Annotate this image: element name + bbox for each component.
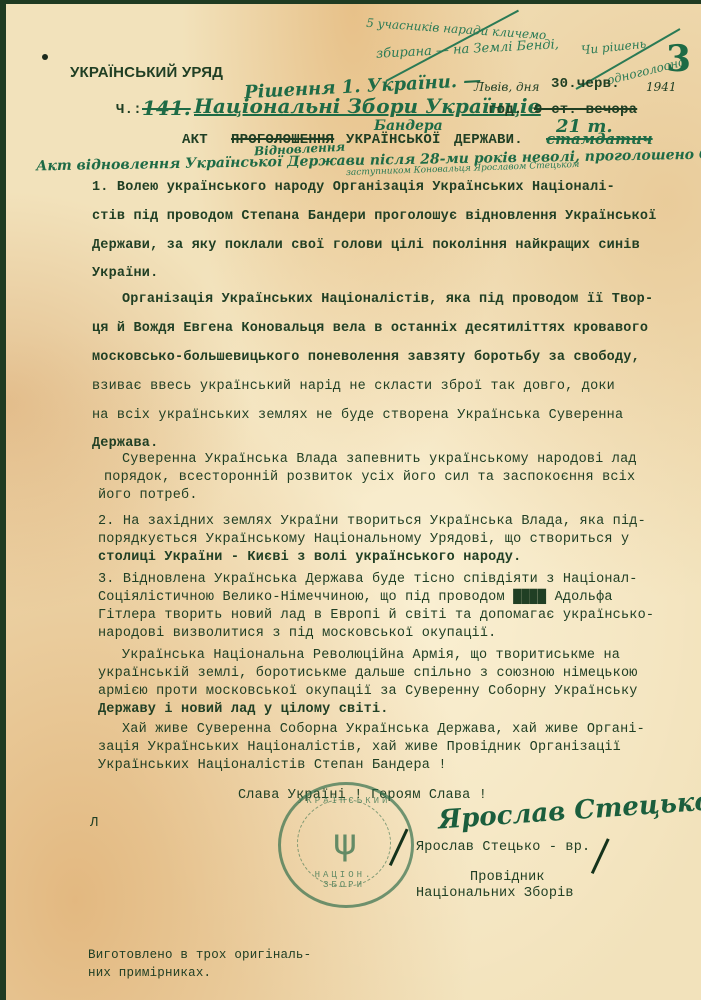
paragraph-1-line: України. [92, 266, 158, 281]
document-date: 30.черв. [551, 76, 620, 92]
seal-text-top: УКРАЇНСЬКИЙ [298, 796, 390, 806]
title-ukrainian: УКРАЇНСЬКОЇ [346, 132, 441, 148]
paragraph-5-line: Соціялістичною Велико-Німеччиною, що під… [98, 590, 613, 605]
signatory-title-line-1: Провідник [470, 870, 545, 885]
paragraph-2-line: Держава. [92, 436, 158, 451]
footer-note-line-1: Виготовлено в трох оригіналь- [88, 948, 311, 962]
margin-letter: Л [90, 816, 98, 831]
punch-hole-dot [42, 54, 48, 60]
document-number-struck: 141. [142, 96, 191, 120]
paragraph-4-line: столиці України - Києві з волі українськ… [98, 550, 521, 565]
signatory-name: Ярослав Стецько - вр. [416, 840, 590, 855]
seal-text-bottom: НАЦІОН. ЗБОРИ [298, 870, 390, 890]
paragraph-7-line: зація Українських Націоналістів, хай жив… [98, 740, 621, 755]
document-page: 5 учасників наради кличемо збирана — на … [6, 4, 701, 1000]
footer-note-line-2: них примірниках. [88, 966, 211, 980]
title-state: ДЕРЖАВИ. [454, 132, 523, 148]
seal-inner-ring: УКРАЇНСЬКИЙ ψ НАЦІОН. ЗБОРИ [297, 799, 391, 887]
handwritten-margin-note-2: збирана — на Землі Бенді, [376, 37, 560, 62]
paragraph-1-line: 1. Волею українського народу Організація… [92, 180, 615, 195]
paragraph-6-line: українській землі, боротиськме дальше сп… [98, 666, 638, 681]
paragraph-7-line: Українських Націоналістів Степан Бандера… [98, 758, 447, 773]
document-year: 1941 [646, 80, 677, 94]
paragraph-3-line: порядок, всесторонній розвиток усіх його… [104, 470, 635, 485]
paragraph-6-line: Державу і новий лад у цілому світі. [98, 702, 389, 717]
paragraph-5-line: 3. Відновлена Українська Держава буде ті… [98, 572, 638, 587]
paragraph-3-line: його потреб. [98, 488, 198, 503]
paragraph-2-line: Організація Українських Націоналістів, я… [122, 292, 653, 307]
signature-slash-right [591, 838, 609, 873]
paragraph-2-line: московсько-большевицького поневолення за… [92, 350, 640, 365]
paragraph-3-line: Суверенна Українська Влада запевнить укр… [122, 452, 637, 467]
title-struck-handwritten: стамдатич [546, 130, 653, 148]
handwritten-digit-3: 3 [666, 38, 691, 80]
paragraph-6-line: армією проти московської окупації за Сув… [98, 684, 638, 699]
paragraph-1-line: стів під проводом Степана Бандери прогол… [92, 209, 657, 224]
signatory-title-line-2: Національних Зборів [416, 886, 574, 901]
paragraph-2-line: ця й Вождя Евгена Коновальця вела в оста… [92, 321, 648, 336]
paragraph-4-line: порядкується Українському Національному … [98, 532, 629, 547]
number-label: Ч.: [116, 102, 142, 118]
paragraph-6-line: Українська Національна Революційна Армія… [122, 648, 620, 663]
paragraph-5-line: Гітлера творить новий лад в Европі й сві… [98, 608, 654, 623]
time-label: год. [488, 102, 522, 118]
paragraph-7-line: Хай живе Суверенна Соборна Українська Де… [122, 722, 645, 737]
paragraph-2-line: взиває ввесь український нарід не скласт… [92, 379, 615, 394]
paragraph-2-line: на всіх українських землях не буде створ… [92, 408, 623, 423]
paragraph-5-line: народові визволитися з під московської о… [98, 626, 496, 641]
trident-emblem-icon: ψ [328, 822, 362, 863]
government-heading: УКРАЇНСЬКИЙ УРЯД [70, 64, 223, 81]
official-seal: УКРАЇНСЬКИЙ ψ НАЦІОН. ЗБОРИ [278, 782, 414, 908]
place-label: Львів, дня [474, 80, 539, 94]
paragraph-4-line: 2. На західних землях України твориться … [98, 514, 646, 529]
title-act: АКТ [182, 132, 208, 148]
paragraph-1-line: Держави, за яку поклали свої голови цілі… [92, 238, 640, 253]
